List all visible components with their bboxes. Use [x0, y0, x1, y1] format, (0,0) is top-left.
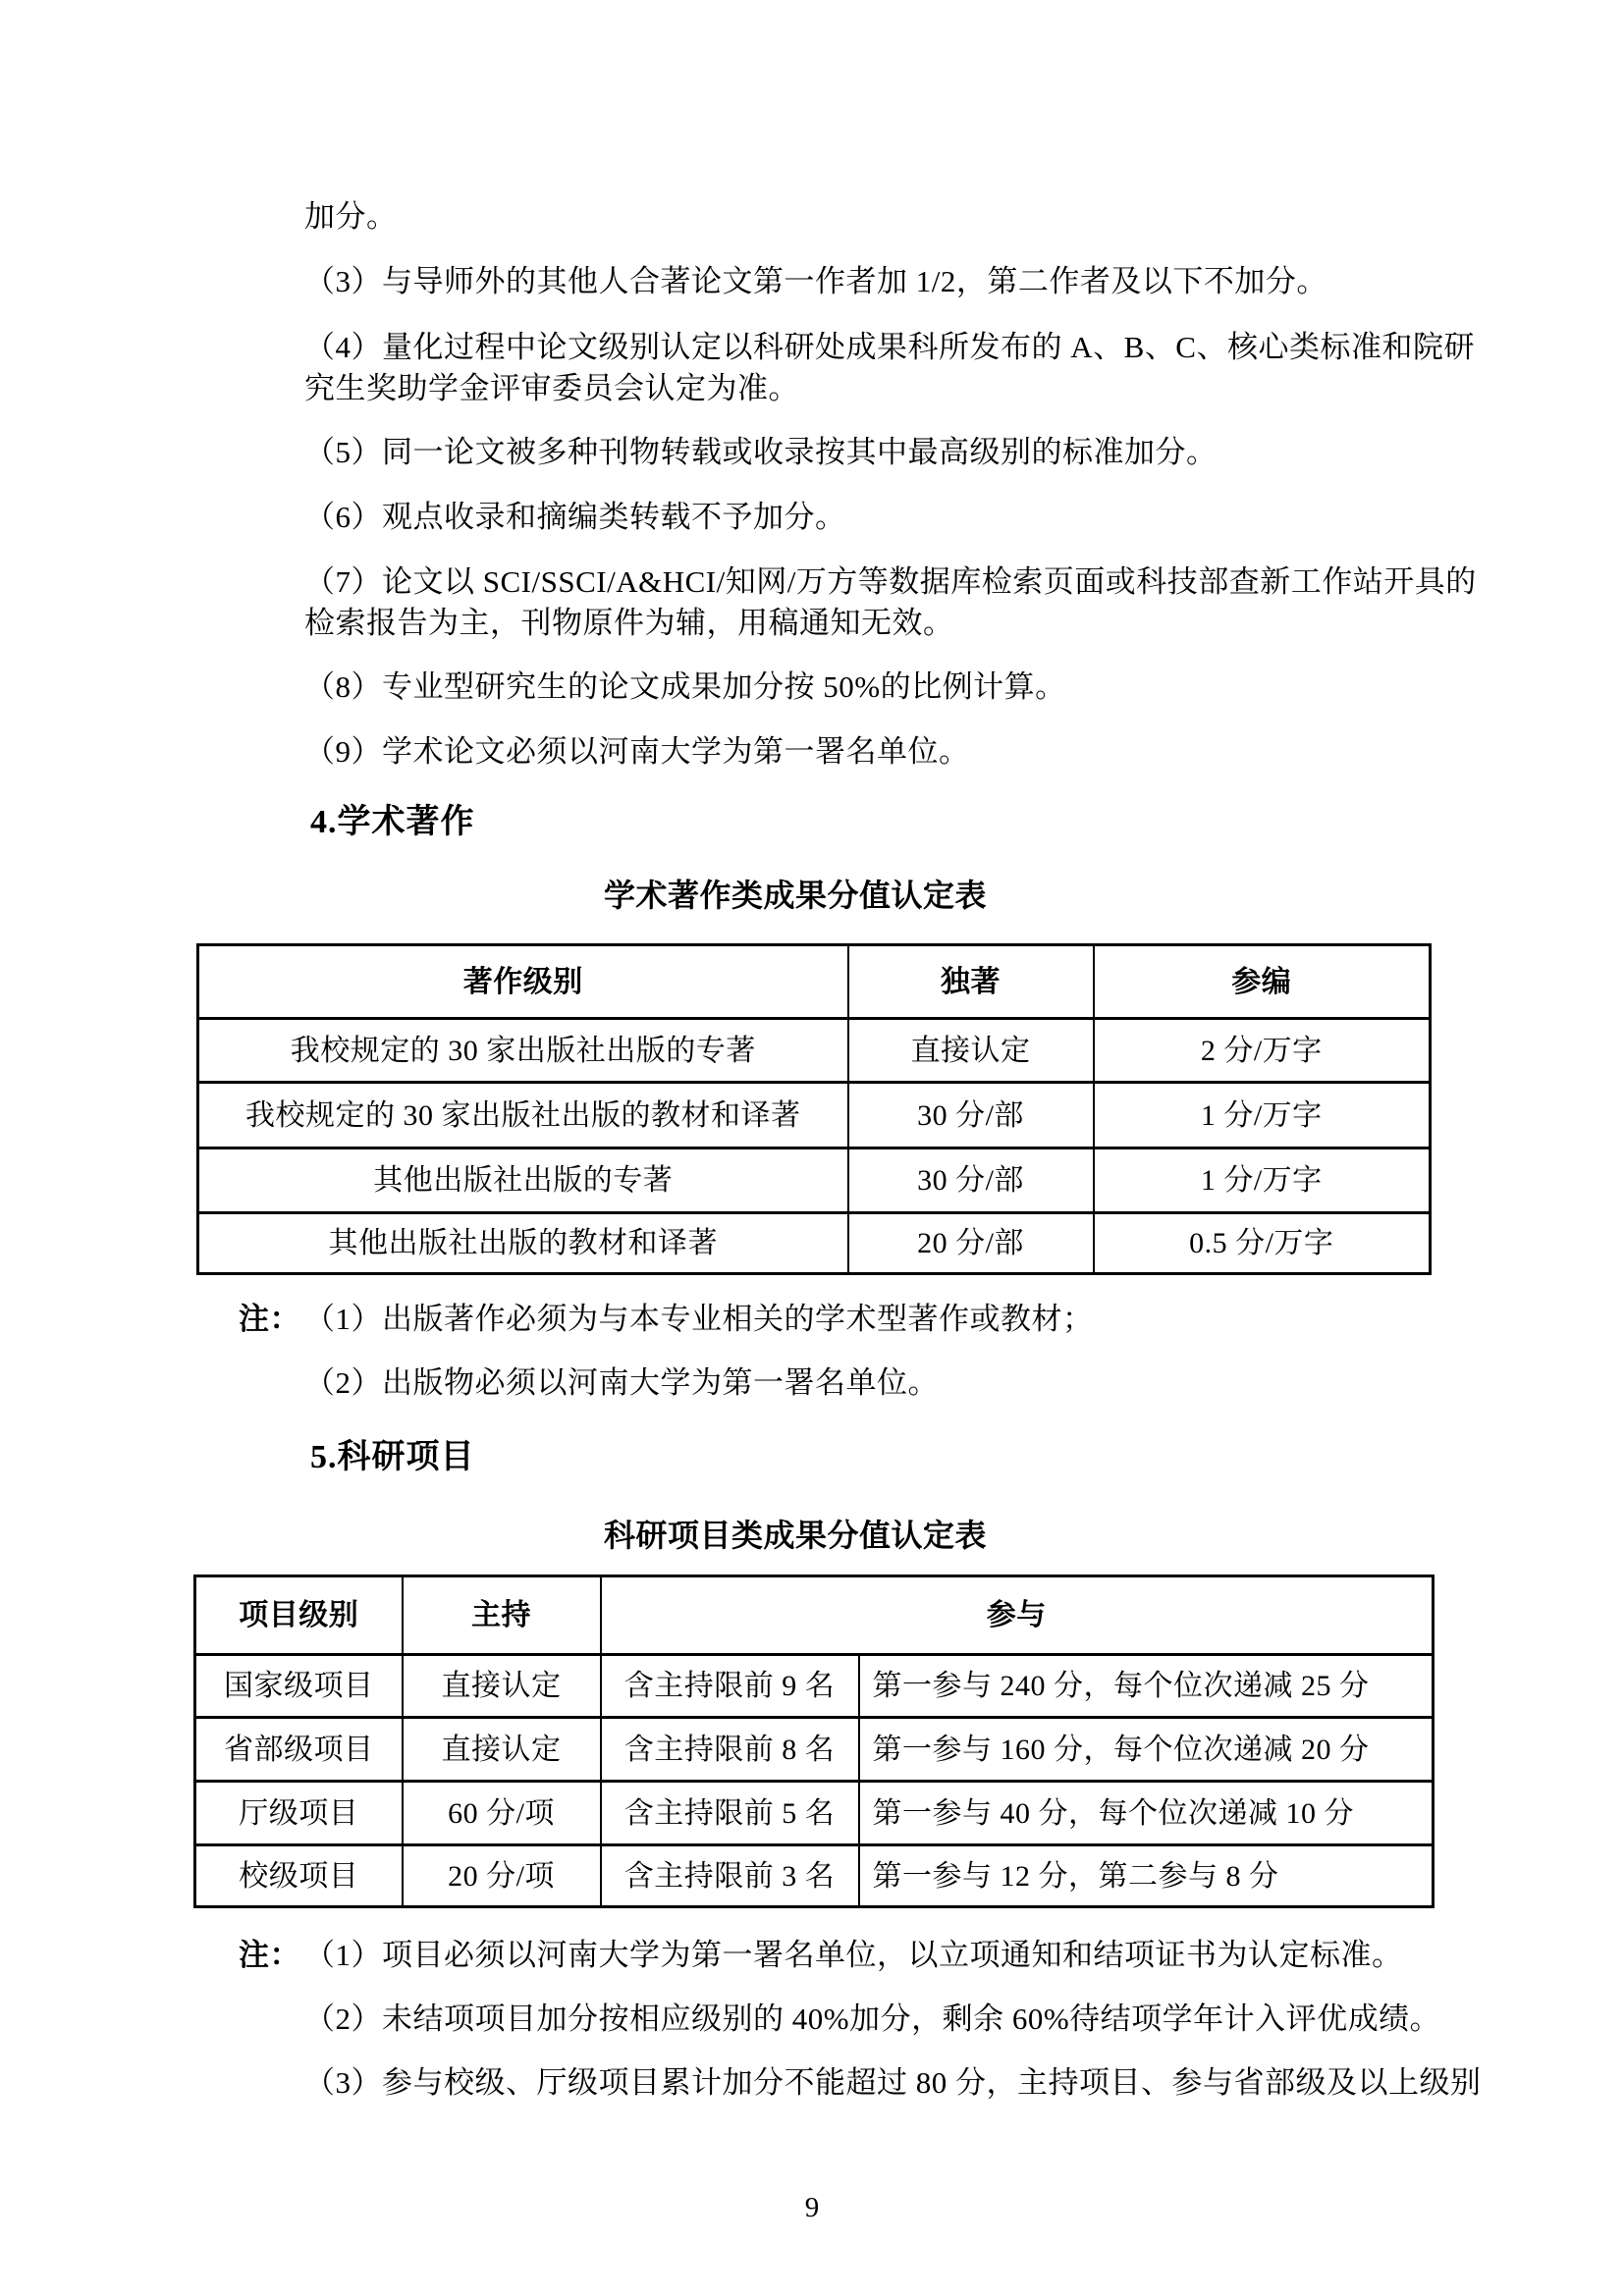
paragraph-item-6: （6）观点收录和摘编类转载不予加分。 — [304, 502, 846, 532]
table1-note-label: 注： — [239, 1304, 300, 1334]
table-cell: 我校规定的 30 家出版社出版的教材和译著 — [198, 1083, 848, 1148]
table-cell: 直接认定 — [403, 1655, 601, 1718]
table-cell: 第一参与 40 分，每个位次递减 10 分 — [859, 1782, 1434, 1845]
table-cell: 30 分/部 — [848, 1083, 1094, 1148]
table-cell: 30 分/部 — [848, 1148, 1094, 1213]
table-cell: 20 分/项 — [403, 1845, 601, 1907]
table1-header-coauthor: 参编 — [1094, 945, 1431, 1019]
table-cell: 含主持限前 5 名 — [601, 1782, 859, 1845]
paragraph-item-9: （9）学术论文必须以河南大学为第一署名单位。 — [304, 736, 970, 767]
paragraph-item-4-line1: （4）量化过程中论文级别认定以科研处成果科所发布的 A、B、C、核心类标准和院研 — [304, 332, 1475, 362]
table-cell: 20 分/部 — [848, 1213, 1094, 1274]
table2-header-host: 主持 — [403, 1576, 601, 1655]
table2-note-label: 注： — [239, 1940, 300, 1970]
table-cell: 其他出版社出版的教材和译著 — [198, 1213, 848, 1274]
table-cell: 厅级项目 — [195, 1782, 403, 1845]
table1-header-solo: 独著 — [848, 945, 1094, 1019]
table1-note-1: （1）出版著作必须为与本专业相关的学术型著作或教材； — [304, 1304, 1094, 1334]
table-row: 我校规定的 30 家出版社出版的专著 直接认定 2 分/万字 — [198, 1019, 1431, 1083]
table2-header-level: 项目级别 — [195, 1576, 403, 1655]
table-header-row: 项目级别 主持 参与 — [195, 1576, 1434, 1655]
table-row: 国家级项目 直接认定 含主持限前 9 名 第一参与 240 分，每个位次递减 2… — [195, 1655, 1434, 1718]
table-cell: 含主持限前 8 名 — [601, 1718, 859, 1782]
paragraph-item-7-line2: 检索报告为主，刊物原件为辅，用稿通知无效。 — [304, 608, 954, 638]
table-cell: 第一参与 160 分，每个位次递减 20 分 — [859, 1718, 1434, 1782]
table-cell: 校级项目 — [195, 1845, 403, 1907]
table-cell: 国家级项目 — [195, 1655, 403, 1718]
paragraph-item-7-line1: （7）论文以 SCI/SSCI/A&HCI/知网/万方等数据库检索页面或科技部查… — [304, 566, 1477, 597]
table-row: 省部级项目 直接认定 含主持限前 8 名 第一参与 160 分，每个位次递减 2… — [195, 1718, 1434, 1782]
page-number: 9 — [0, 2194, 1624, 2222]
table-cell: 1 分/万字 — [1094, 1083, 1431, 1148]
table-cell: 含主持限前 9 名 — [601, 1655, 859, 1718]
table1-note-2: （2）出版物必须以河南大学为第一署名单位。 — [304, 1367, 939, 1398]
paragraph-item-4-line2: 究生奖助学金评审委员会认定为准。 — [304, 373, 799, 403]
section-heading-5: 5.科研项目 — [310, 1441, 475, 1474]
section-heading-4: 4.学术著作 — [310, 806, 475, 839]
table2-title: 科研项目类成果分值认定表 — [604, 1520, 987, 1551]
table-research-projects: 项目级别 主持 参与 国家级项目 直接认定 含主持限前 9 名 第一参与 240… — [193, 1575, 1435, 1908]
table1-header-level: 著作级别 — [198, 945, 848, 1019]
table-header-row: 著作级别 独著 参编 — [198, 945, 1431, 1019]
paragraph-continuation: 加分。 — [304, 201, 398, 232]
table-cell: 直接认定 — [403, 1718, 601, 1782]
table-row: 我校规定的 30 家出版社出版的教材和译著 30 分/部 1 分/万字 — [198, 1083, 1431, 1148]
table-cell: 直接认定 — [848, 1019, 1094, 1083]
document-page: 加分。 （3）与导师外的其他人合著论文第一作者加 1/2，第二作者及以下不加分。… — [0, 0, 1624, 2296]
table-academic-works: 著作级别 独著 参编 我校规定的 30 家出版社出版的专著 直接认定 2 分/万… — [196, 943, 1432, 1275]
paragraph-item-3: （3）与导师外的其他人合著论文第一作者加 1/2，第二作者及以下不加分。 — [304, 266, 1327, 296]
paragraph-item-8: （8）专业型研究生的论文成果加分按 50%的比例计算。 — [304, 671, 1066, 702]
table-cell: 其他出版社出版的专著 — [198, 1148, 848, 1213]
table-cell: 1 分/万字 — [1094, 1148, 1431, 1213]
table-cell: 第一参与 12 分，第二参与 8 分 — [859, 1845, 1434, 1907]
table1-title: 学术著作类成果分值认定表 — [604, 880, 987, 911]
table-row: 其他出版社出版的教材和译著 20 分/部 0.5 分/万字 — [198, 1213, 1431, 1274]
table-cell: 省部级项目 — [195, 1718, 403, 1782]
table2-note-2: （2）未结项项目加分按相应级别的 40%加分，剩余 60%待结项学年计入评优成绩… — [304, 2003, 1440, 2034]
table-cell: 2 分/万字 — [1094, 1019, 1431, 1083]
table2-note-3: （3）参与校级、厅级项目累计加分不能超过 80 分，主持项目、参与省部级及以上级… — [304, 2067, 1482, 2098]
table-row: 厅级项目 60 分/项 含主持限前 5 名 第一参与 40 分，每个位次递减 1… — [195, 1782, 1434, 1845]
table-cell: 含主持限前 3 名 — [601, 1845, 859, 1907]
table-cell: 我校规定的 30 家出版社出版的专著 — [198, 1019, 848, 1083]
paragraph-item-5: （5）同一论文被多种刊物转载或收录按其中最高级别的标准加分。 — [304, 437, 1218, 467]
table-row: 校级项目 20 分/项 含主持限前 3 名 第一参与 12 分，第二参与 8 分 — [195, 1845, 1434, 1907]
table-cell: 0.5 分/万字 — [1094, 1213, 1431, 1274]
table-cell: 60 分/项 — [403, 1782, 601, 1845]
table2-note-1: （1）项目必须以河南大学为第一署名单位，以立项通知和结项证书为认定标准。 — [304, 1940, 1403, 1970]
table2-header-participate: 参与 — [601, 1576, 1434, 1655]
table-row: 其他出版社出版的专著 30 分/部 1 分/万字 — [198, 1148, 1431, 1213]
table-cell: 第一参与 240 分，每个位次递减 25 分 — [859, 1655, 1434, 1718]
